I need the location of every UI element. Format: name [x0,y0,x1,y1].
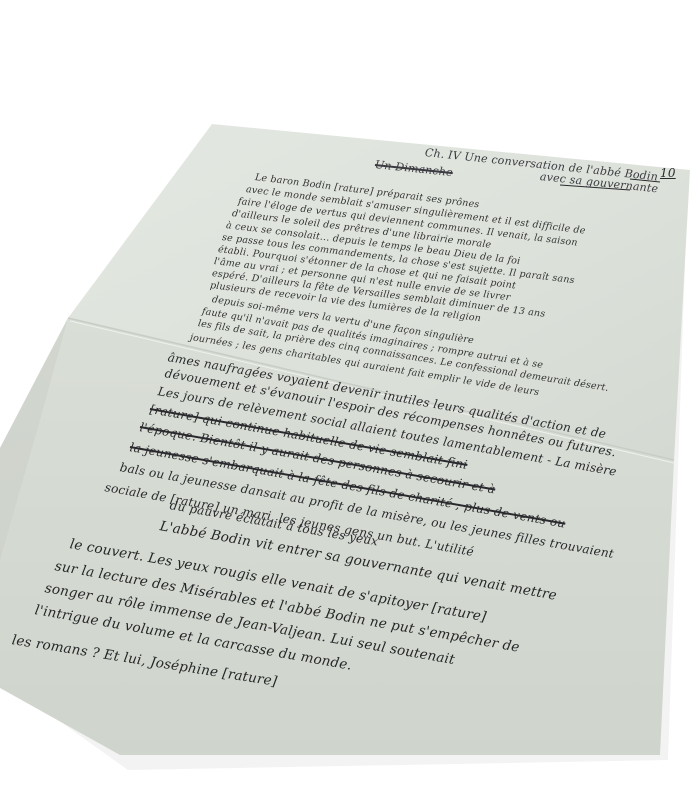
page-number: 10 [660,166,676,180]
manuscript-text: Ch. IV Une conversation de l'abbé Bodin … [0,0,700,800]
struck-heading: Un Dimanche [374,158,453,179]
